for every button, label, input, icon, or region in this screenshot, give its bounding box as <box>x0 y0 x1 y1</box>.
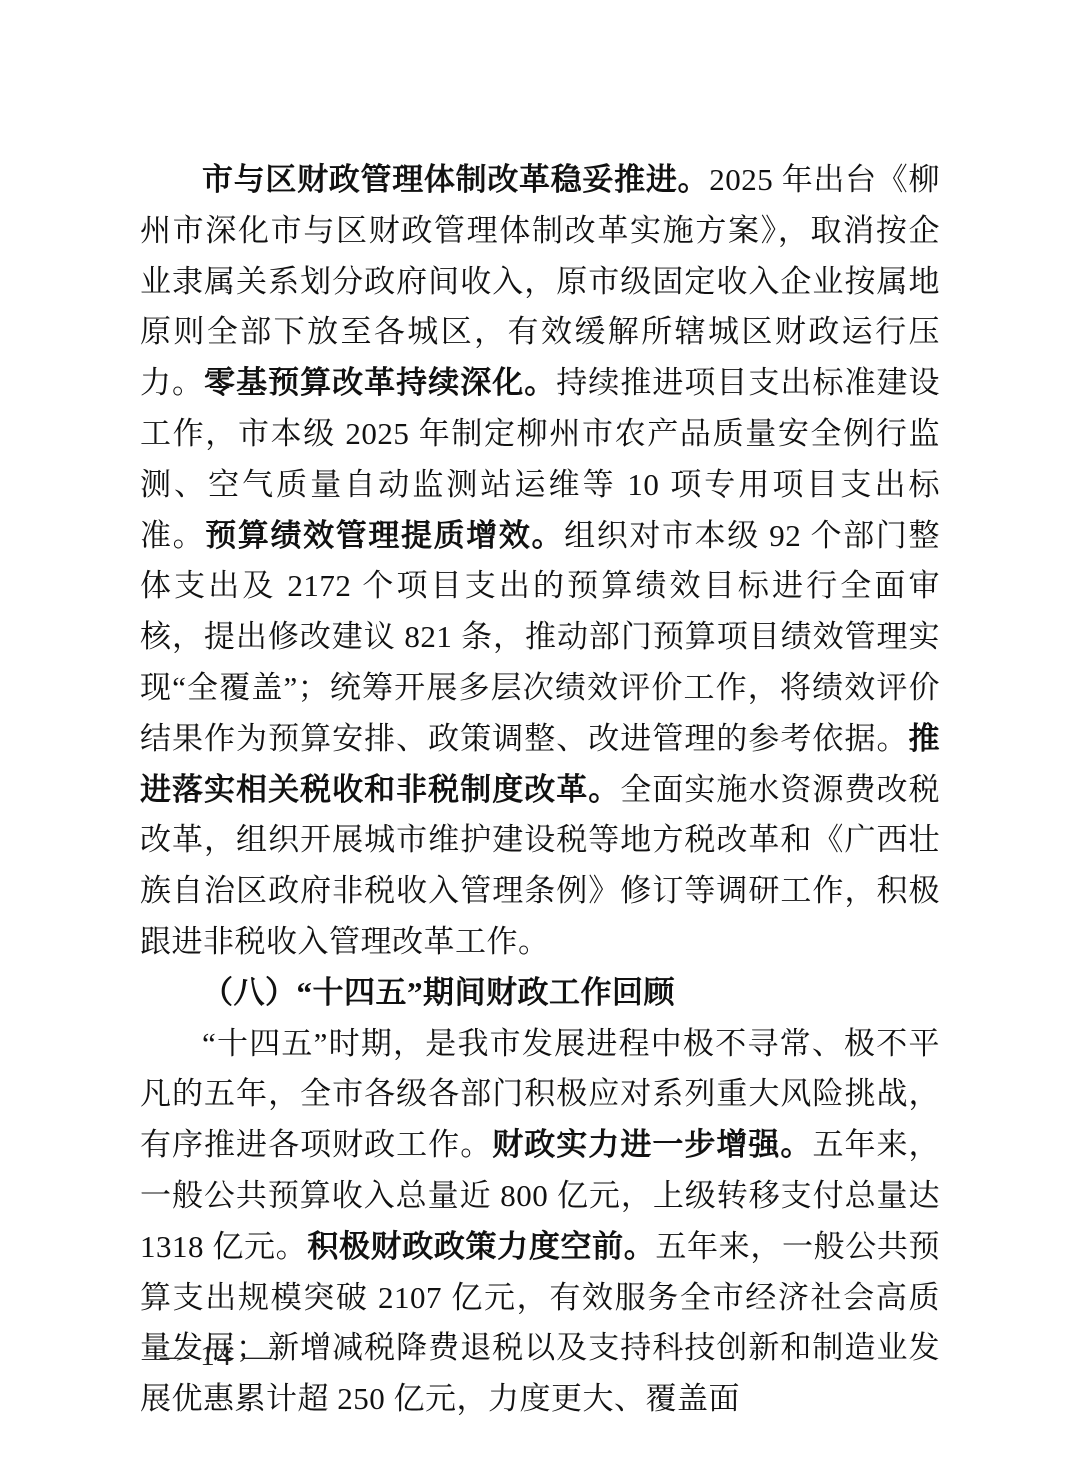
document-page: 市与区财政管理体制改革稳妥推进。2025 年出台《柳州市深化市与区财政管理体制改… <box>0 0 1074 1484</box>
bold-text-run: 积极财政政策力度空前。 <box>307 1229 655 1264</box>
bold-text-run: 零基预算改革持续深化。 <box>204 365 556 400</box>
bold-text-run: 预算绩效管理提质增效。 <box>205 518 564 553</box>
paragraph-fiscal-reform: 市与区财政管理体制改革稳妥推进。2025 年出台《柳州市深化市与区财政管理体制改… <box>140 155 940 968</box>
bold-text-run: 市与区财政管理体制改革稳妥推进。 <box>202 162 709 197</box>
bold-text-run: 财政实力进一步增强。 <box>492 1127 812 1162</box>
bold-text-run: （八）“十四五”期间财政工作回顾 <box>202 975 675 1010</box>
text-run: 组织对市本级 92 个部门整体支出及 2172 个项目支出的预算绩效目标进行全面… <box>140 518 940 756</box>
page-number: — 14 — <box>160 1340 274 1373</box>
document-body: 市与区财政管理体制改革稳妥推进。2025 年出台《柳州市深化市与区财政管理体制改… <box>140 155 940 1425</box>
section-heading: （八）“十四五”期间财政工作回顾 <box>140 968 940 1019</box>
